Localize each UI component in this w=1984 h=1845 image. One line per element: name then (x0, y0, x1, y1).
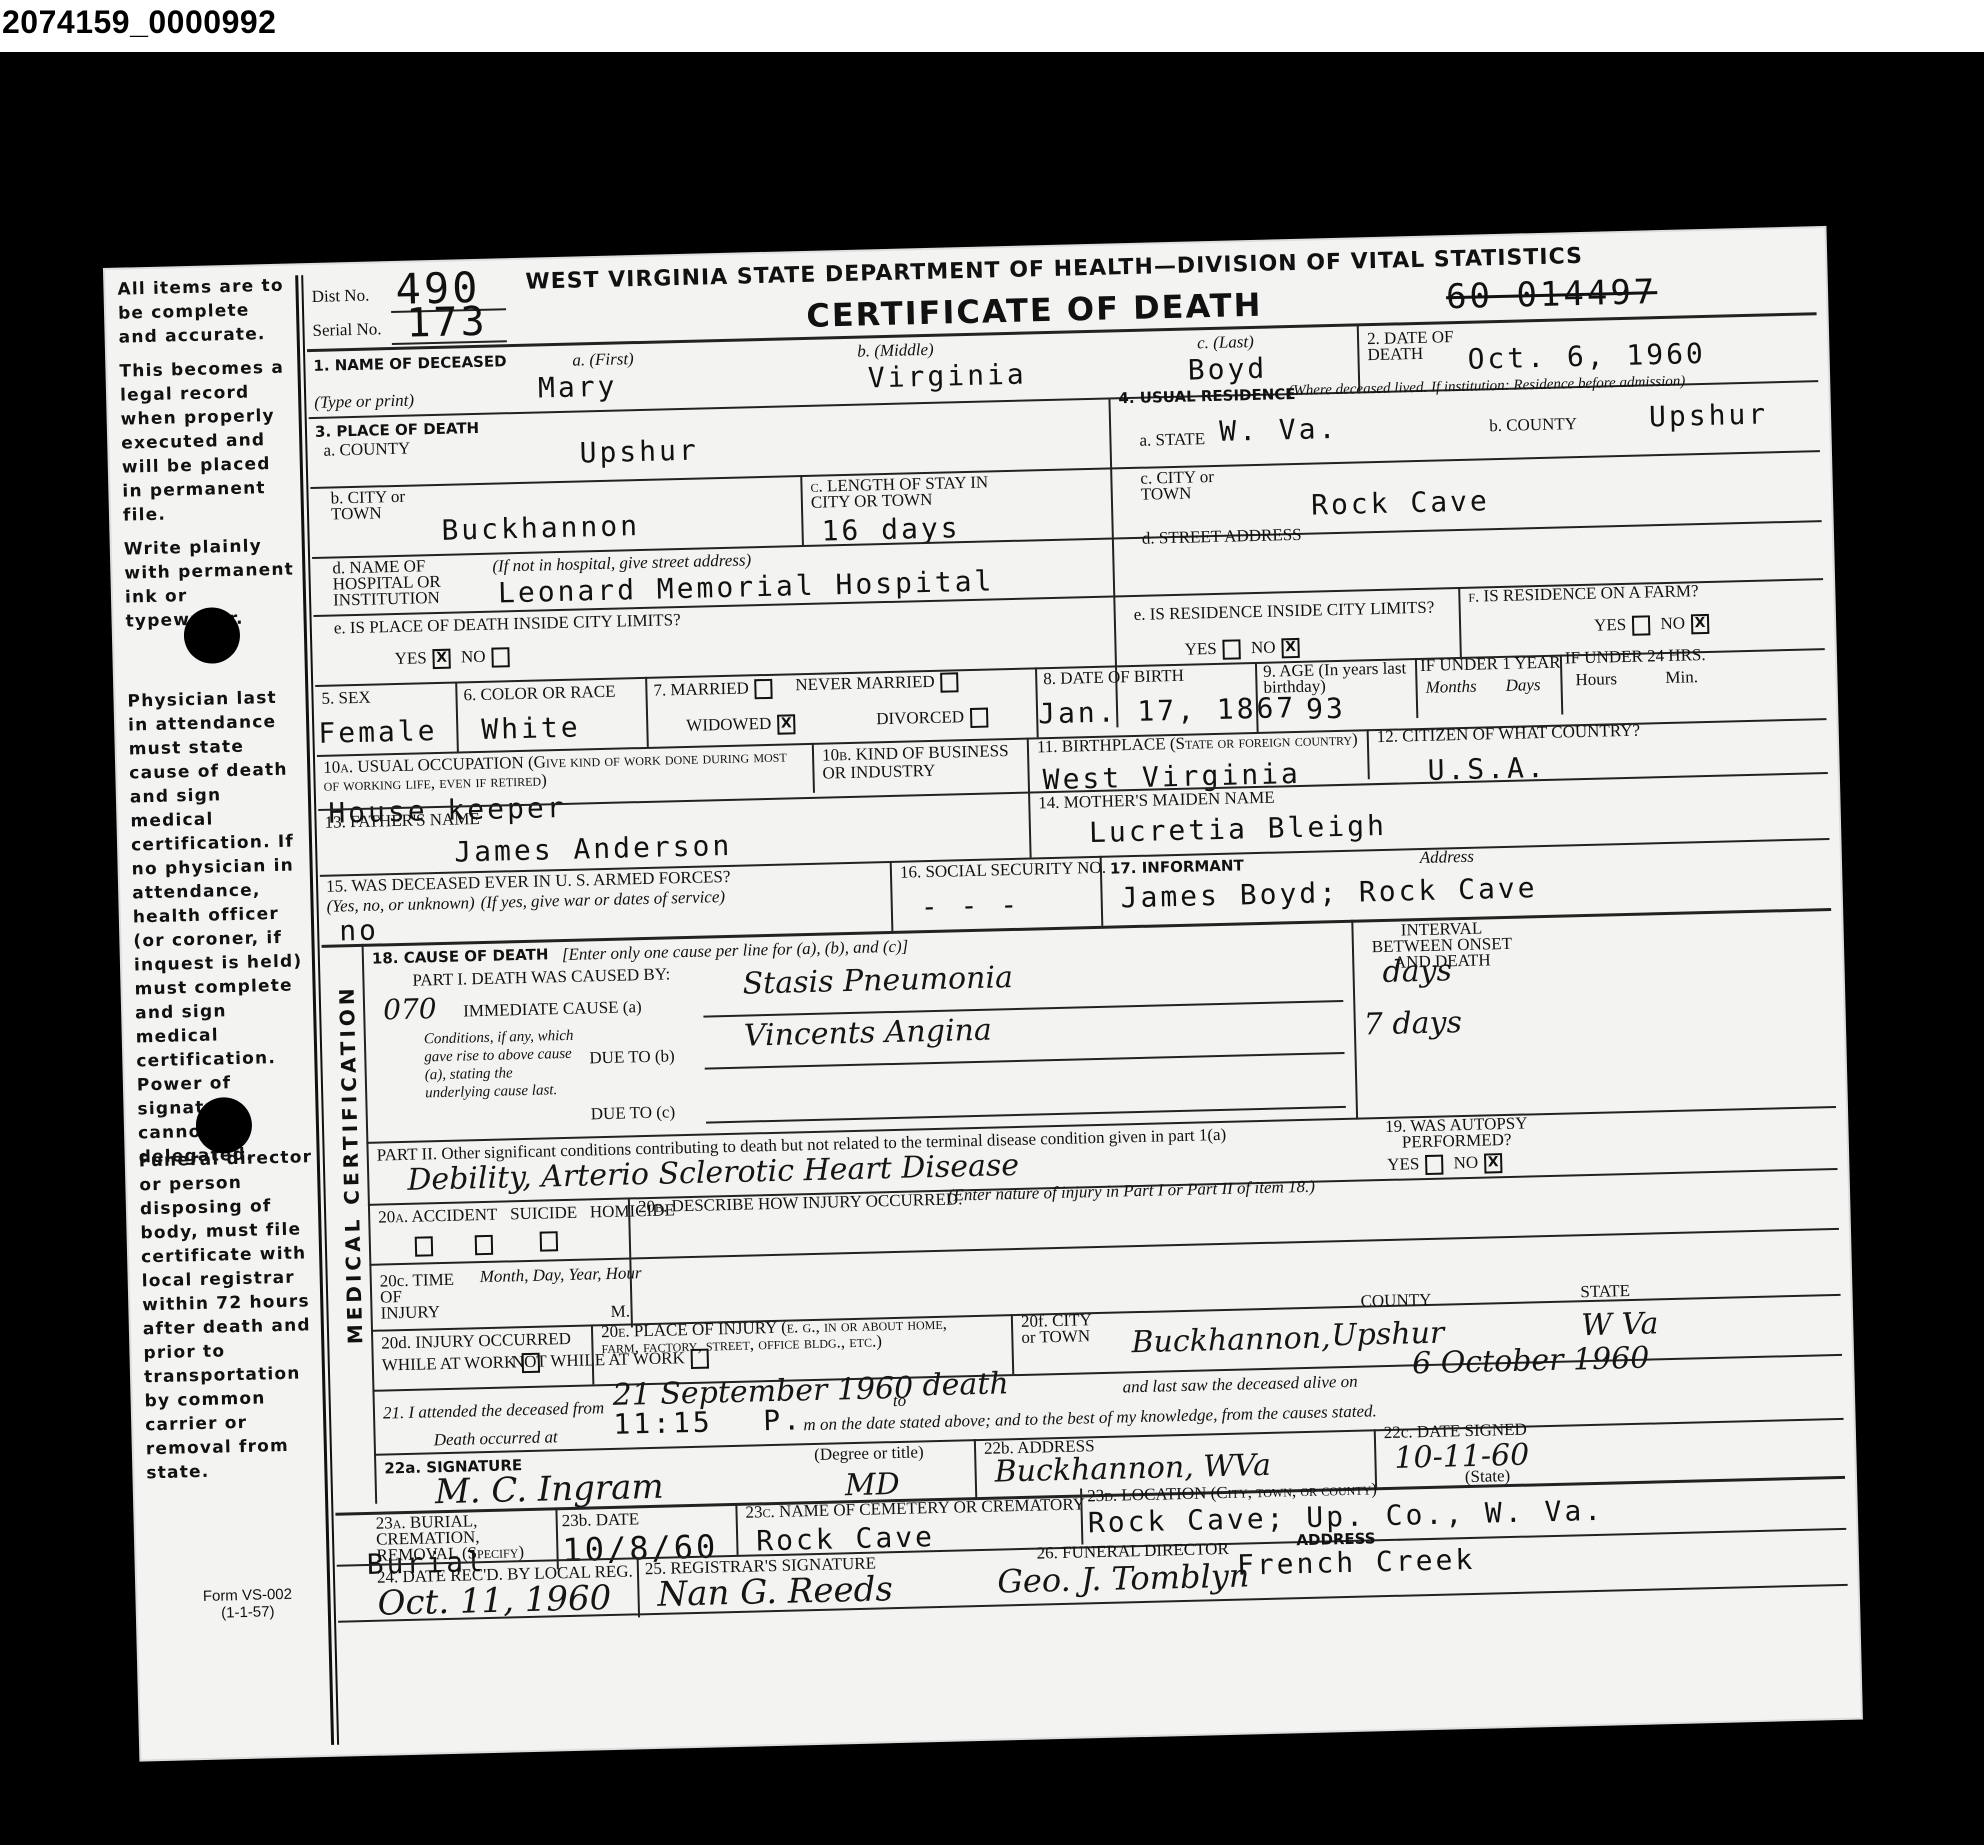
death-county-label: a. COUNTY (323, 439, 410, 461)
birthplace-label: 11. BIRTHPLACE (State or foreign country… (1037, 730, 1358, 758)
part1-label: PART I. DEATH WAS CAUSED BY: (412, 964, 670, 990)
cemetery-label: 23c. NAME OF CEMETERY OR CREMATORY (745, 1494, 1085, 1522)
widowed-label: WIDOWED (686, 714, 771, 735)
citizen-label: 12. CITIZEN OF WHAT COUNTRY? (1377, 721, 1641, 747)
image-id-banner: 2074159_0000992 (0, 0, 1984, 52)
conditions-note: Conditions, if any, which gave rise to a… (424, 1027, 576, 1103)
res-state-label: a. STATE (1139, 429, 1205, 451)
res-inside-no-checkbox[interactable]: X (1281, 638, 1299, 658)
age-value: 93 (1306, 692, 1347, 726)
res-state-value: W. Va. (1219, 412, 1339, 448)
death-inside-city-options: YESX NO (394, 646, 515, 670)
months-label: Months (1425, 677, 1476, 698)
injury-city-label: 20f. CITY or TOWN (1021, 1312, 1102, 1346)
item1-hint: (Type or print) (314, 390, 414, 412)
married-checkbox[interactable] (755, 679, 773, 699)
form-number: Form VS-002 (1-1-57) (177, 1585, 318, 1622)
death-inside-yes-checkbox[interactable]: X (432, 649, 450, 669)
res-city-value: Rock Cave (1311, 484, 1490, 521)
place-of-death-label: 3. PLACE OF DEATH (315, 419, 480, 441)
yes-label: YES (394, 648, 427, 668)
punch-hole-top (183, 607, 240, 664)
dob-label: 8. DATE OF BIRTH (1043, 666, 1184, 689)
sex-label: 5. SEX (321, 688, 371, 709)
accident-label: 20a. ACCIDENT (378, 1205, 498, 1227)
due-to-b-value: Vincents Angina (743, 1013, 992, 1054)
death-certificate: All items are to be complete and accurat… (105, 228, 1861, 1760)
farm-yes-checkbox[interactable] (1632, 615, 1650, 635)
yes-label: YES (1387, 1154, 1420, 1174)
mother-name-value: Lucretia Bleigh (1089, 809, 1388, 849)
suicide-label: SUICIDE (510, 1203, 578, 1224)
min-label: Min. (1665, 667, 1698, 688)
last-name-value: Boyd (1187, 352, 1267, 387)
informant-address-label: Address (1420, 847, 1475, 868)
never-married-row: NEVER MARRIED (795, 671, 965, 696)
agency-heading: WEST VIRGINIA STATE DEPARTMENT OF HEALTH… (525, 244, 1583, 295)
injury-description-label: 20b. DESCRIBE HOW INJURY OCCURRED. (638, 1189, 963, 1217)
days-label: Days (1505, 675, 1540, 696)
time-of-injury-label: 20c. TIME OF INJURY (380, 1272, 461, 1322)
no-label: NO (1453, 1153, 1478, 1173)
ssn-label: 16. SOCIAL SECURITY NO. (900, 858, 1106, 883)
attended-prefix: 21. I attended the deceased from (383, 1398, 605, 1423)
hours-label: Hours (1575, 669, 1617, 690)
autopsy-label: 19. WAS AUTOPSY PERFORMED? (1376, 1115, 1537, 1151)
first-name-value: Mary (538, 370, 618, 405)
suicide-checkbox[interactable] (475, 1235, 493, 1255)
sidebar-text-legal-record: This becomes a legal record when properl… (119, 355, 298, 527)
immediate-cause-value: Stasis Pneumonia (742, 960, 1013, 1002)
image-id-label: 2074159_0000992 (2, 4, 276, 41)
sex-value: Female (318, 714, 438, 750)
degree-label: (Degree or title) (814, 1442, 924, 1465)
interval-b-value: 7 days (1363, 1005, 1462, 1042)
stamp-number: 60 014497 (1446, 272, 1658, 317)
due-to-c-label: DUE TO (c) (591, 1102, 676, 1124)
cause-code: 070 (383, 992, 437, 1026)
first-name-label: a. (First) (572, 349, 634, 370)
farm-options: YES NOX (1594, 613, 1715, 637)
farm-no-checkbox[interactable]: X (1691, 614, 1709, 634)
injury-state-value: W Va (1581, 1306, 1659, 1343)
interval-a-value: days (1382, 953, 1452, 990)
res-county-value: Upshur (1649, 397, 1769, 433)
autopsy-no-checkbox[interactable]: X (1484, 1153, 1502, 1173)
under-1-year-label: IF UNDER 1 YEAR (1420, 653, 1561, 676)
funeral-address-value: French Creek (1237, 1543, 1476, 1582)
never-married-checkbox[interactable] (940, 672, 958, 692)
race-label: 6. COLOR OR RACE (463, 682, 616, 706)
sidebar-instructions: All items are to be complete and accurat… (117, 273, 301, 643)
medical-certification-vertical-label: MEDICAL CERTIFICATION (335, 984, 368, 1344)
armed-forces-value: no (339, 914, 380, 948)
never-married-label: NEVER MARRIED (795, 672, 935, 694)
disposition-date-label: 23b. DATE (561, 1509, 639, 1531)
divorced-row: DIVORCED (876, 706, 994, 730)
accident-checkbox[interactable] (415, 1236, 433, 1256)
serial-label: Serial No. (312, 319, 381, 341)
usual-residence-hint: (Where deceased lived. If institution: R… (1288, 373, 1685, 400)
serial-value: 173 (406, 299, 488, 347)
due-to-b-label: DUE TO (b) (589, 1046, 675, 1068)
yes-label: YES (1594, 615, 1627, 635)
cause-of-death-hint: [Enter only one cause per line for (a), … (562, 937, 909, 965)
death-at-label: Death occurred at (433, 1427, 557, 1450)
divorced-checkbox[interactable] (970, 708, 988, 728)
death-county-value: Upshur (579, 434, 699, 470)
middle-name-label: b. (Middle) (857, 340, 934, 362)
sidebar-funeral-instructions: Funeral director or person disposing of … (138, 1145, 321, 1495)
death-city-label: b. CITY or TOWN (330, 489, 411, 523)
divorced-label: DIVORCED (876, 707, 964, 728)
no-label: NO (461, 647, 486, 667)
attended-to-value: death (922, 1366, 1009, 1403)
res-inside-city-label: e. IS RESIDENCE INSIDE CITY LIMITS? (1133, 598, 1434, 625)
certificate-form: Dist No. 490 Serial No. 173 WEST VIRGINI… (305, 228, 1851, 1754)
injury-state-label: STATE (1580, 1281, 1630, 1302)
ampm-value: P. (763, 1403, 804, 1437)
street-address-label: d. STREET ADDRESS (1142, 525, 1302, 549)
injury-city-value: Buckhannon, (1131, 1320, 1331, 1360)
cause-of-death-label: 18. CAUSE OF DEATH (372, 945, 549, 967)
father-name-label: 13. FATHER'S NAME (324, 809, 480, 833)
usual-residence-label: 4. USUAL RESIDENCE (1118, 385, 1296, 407)
attestation-statement: m on the date stated above; and to the b… (803, 1401, 1377, 1435)
place-of-injury-label: 20e. PLACE OF INJURY (e. g., in or about… (601, 1315, 982, 1356)
father-name-value: James Anderson (454, 829, 733, 869)
death-time-value: 11:15 (613, 1406, 713, 1441)
res-inside-city-options: YES NOX (1184, 637, 1305, 661)
widowed-row: WIDOWEDX (686, 713, 801, 737)
res-county-label: b. COUNTY (1489, 414, 1577, 436)
time-of-injury-m: M. (610, 1301, 630, 1321)
immediate-cause-label: IMMEDIATE CAUSE (a) (463, 997, 642, 1021)
death-inside-no-checkbox[interactable] (491, 647, 509, 667)
race-value: White (481, 711, 581, 746)
funeral-director-signature: Geo. J. Tomblyn (997, 1556, 1250, 1600)
degree-value: MD (844, 1467, 900, 1503)
age-label: 9. AGE (In years last birthday) (1263, 660, 1414, 696)
yes-label: YES (1184, 639, 1217, 659)
sidebar-text-funeral: Funeral director or person disposing of … (138, 1145, 321, 1485)
married-row: 7. MARRIED (653, 678, 779, 702)
injury-county-label: COUNTY (1360, 1290, 1431, 1312)
autopsy-yes-checkbox[interactable] (1425, 1155, 1443, 1175)
time-of-injury-hint: Month, Day, Year, Hour (479, 1263, 641, 1287)
last-name-label: c. (Last) (1197, 332, 1254, 353)
injury-occurred-label: 20d. INJURY OCCURRED (381, 1329, 571, 1354)
res-city-label: c. CITY or TOWN (1140, 469, 1221, 503)
under-24-hrs-label: IF UNDER 24 HRS. (1565, 645, 1706, 668)
married-label: 7. MARRIED (653, 678, 749, 699)
informant-value: James Boyd; Rock Cave (1120, 871, 1538, 914)
res-inside-yes-checkbox[interactable] (1222, 639, 1240, 659)
form-date-label: (1-1-57) (178, 1602, 318, 1622)
widowed-checkbox[interactable]: X (777, 714, 795, 734)
last-saw-value: 6 October 1960 (1412, 1341, 1650, 1382)
ssn-value: - - - (920, 888, 1020, 923)
middle-name-value: Virginia (867, 358, 1027, 395)
location-state-label: (State) (1465, 1466, 1511, 1487)
date-of-death-value: Oct. 6, 1960 (1467, 337, 1706, 376)
death-city-value: Buckhannon (441, 509, 640, 547)
sidebar-text-complete: All items are to be complete and accurat… (117, 273, 294, 349)
date-of-death-label: 2. DATE OF DEATH (1367, 329, 1478, 364)
dist-label: Dist No. (311, 286, 369, 307)
while-at-work-label: WHILE AT WORK (382, 1352, 517, 1374)
hospital-label: d. NAME OF HOSPITAL OR INSTITUTION (332, 557, 483, 609)
autopsy-options: YES NOX (1387, 1152, 1508, 1176)
business-label: 10b. KIND OF BUSINESS OR INDUSTRY (822, 742, 1023, 783)
last-saw-label: and last saw the deceased alive on (1122, 1372, 1358, 1398)
item1-label: 1. NAME OF DECEASED (313, 352, 507, 375)
farm-label: f. IS RESIDENCE ON A FARM? (1468, 581, 1699, 607)
homicide-checkbox[interactable] (540, 1231, 558, 1251)
no-label: NO (1251, 638, 1276, 658)
no-label: NO (1660, 614, 1685, 634)
to-label: to (893, 1391, 907, 1411)
informant-label: 17. INFORMANT (1110, 856, 1244, 877)
length-of-stay-label: c. LENGTH OF STAY IN CITY OR TOWN (810, 474, 1011, 511)
